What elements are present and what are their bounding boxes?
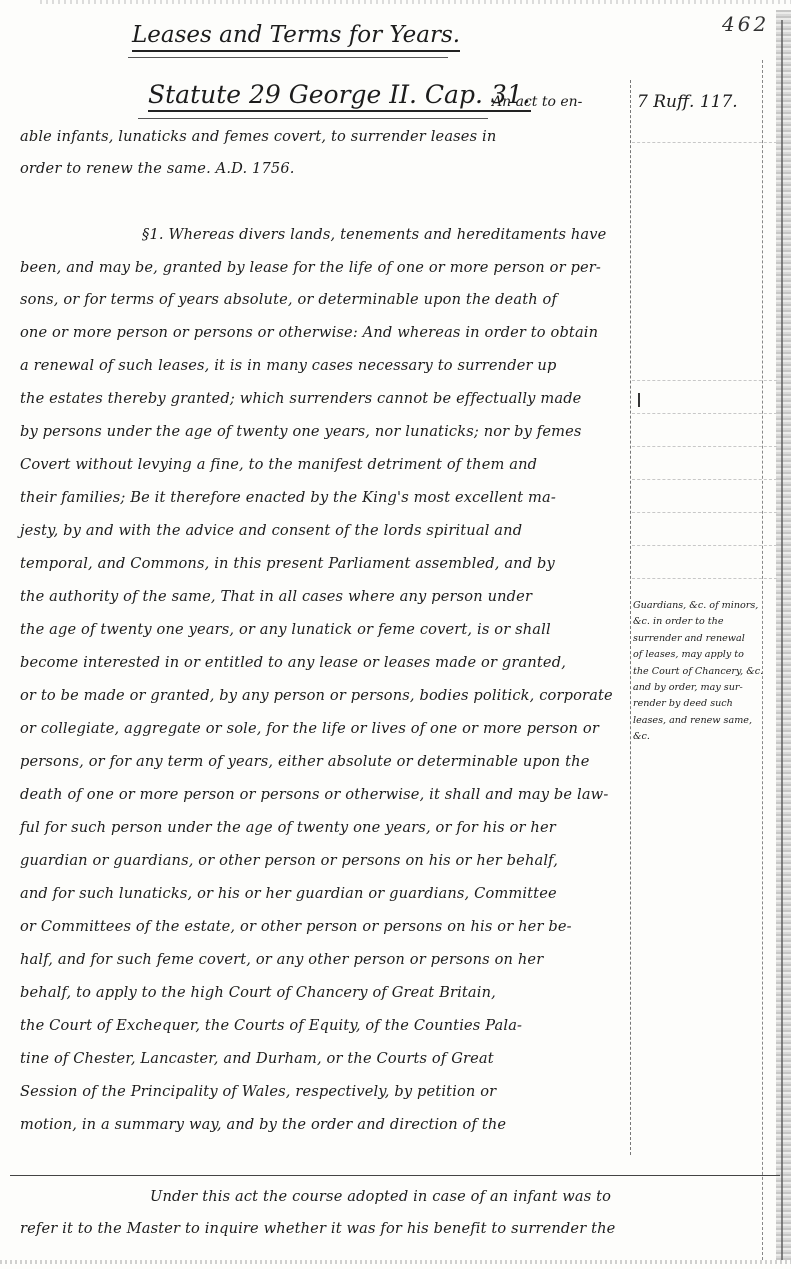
section-line: motion, in a summary way, and by the ord… [20, 1116, 506, 1133]
section-line: and for such lunaticks, or his or her gu… [20, 885, 557, 902]
top-edge-shadow [40, 0, 791, 4]
commentary-line: refer it to the Master to inquire whethe… [20, 1220, 615, 1237]
section-line: or Committees of the estate, or other pe… [20, 918, 572, 935]
margin-ruling-line [632, 446, 777, 447]
section-line: sons, or for terms of years absolute, or… [20, 291, 557, 308]
margin-rule [630, 80, 631, 1155]
margin-ruling-line [632, 142, 777, 143]
section-line: become interested in or entitled to any … [20, 654, 566, 671]
section-line: behalf, to apply to the high Court of Ch… [20, 984, 496, 1001]
commentary-line: Under this act the course adopted in cas… [150, 1188, 611, 1205]
section-line: or collegiate, aggregate or sole, for th… [20, 720, 599, 737]
section-line: guardian or guardians, or other person o… [20, 852, 558, 869]
margin-ruling-line [632, 545, 777, 546]
statute-title-continuation: An act to en- [492, 94, 582, 110]
heading-double-underline [128, 57, 448, 58]
margin-tick-mark [638, 393, 640, 407]
margin-note-line: &c. in order to the [633, 614, 761, 630]
intro-line: order to renew the same. A.D. 1756. [20, 160, 295, 177]
section-line: the age of twenty one years, or any luna… [20, 621, 551, 638]
manuscript-page: 462 Leases and Terms for Years. Statute … [0, 0, 791, 1269]
section-line: ful for such person under the age of twe… [20, 819, 556, 836]
margin-note-line: and by order, may sur- [633, 680, 761, 696]
section-line: been, and may be, granted by lease for t… [20, 259, 601, 276]
margin-note-line: &c. [633, 729, 761, 745]
statute-double-underline [138, 118, 488, 119]
bottom-edge-shadow [0, 1260, 791, 1264]
margin-note-line: Guardians, &c. of minors, [633, 598, 761, 614]
section-line: by persons under the age of twenty one y… [20, 423, 582, 440]
section-line: a renewal of such leases, it is in many … [20, 357, 556, 374]
margin-ruling-line [632, 380, 777, 381]
margin-ruling-line [632, 479, 777, 480]
section-line: half, and for such feme covert, or any o… [20, 951, 543, 968]
margin-note-line: surrender and renewal [633, 631, 761, 647]
margin-ruling-line [632, 413, 777, 414]
section-line: jesty, by and with the advice and consen… [20, 522, 522, 539]
margin-note-line: of leases, may apply to [633, 647, 761, 663]
section-line: the authority of the same, That in all c… [20, 588, 532, 605]
right-rule [762, 60, 763, 1260]
section-line: temporal, and Commons, in this present P… [20, 555, 555, 572]
margin-note-line: leases, and renew same, [633, 713, 761, 729]
section-line: Covert without levying a fine, to the ma… [20, 456, 537, 473]
margin-ruling-line [632, 578, 777, 579]
margin-note: Guardians, &c. of minors, &c. in order t… [633, 598, 761, 746]
section-line: the estates thereby granted; which surre… [20, 390, 581, 407]
page-number: 462 [722, 12, 769, 36]
section-line: the Court of Exchequer, the Courts of Eq… [20, 1017, 522, 1034]
margin-reference: 7 Ruff. 117. [637, 92, 738, 112]
intro-line: able infants, lunaticks and femes covert… [20, 128, 496, 145]
section-line: §1. Whereas divers lands, tenements and … [142, 226, 606, 243]
margin-note-line: render by deed such [633, 696, 761, 712]
right-edge-line [781, 20, 783, 1260]
section-line: death of one or more person or persons o… [20, 786, 608, 803]
section-divider [10, 1175, 780, 1176]
statute-title: Statute 29 George II. Cap. 31. [148, 80, 531, 112]
right-edge-shadow [776, 10, 791, 1260]
margin-note-line: the Court of Chancery, &c. [633, 664, 761, 680]
section-line: persons, or for any term of years, eithe… [20, 753, 590, 770]
section-line: their families; Be it therefore enacted … [20, 489, 556, 506]
section-line: one or more person or persons or otherwi… [20, 324, 598, 341]
margin-ruling-line [632, 512, 777, 513]
section-line: Session of the Principality of Wales, re… [20, 1083, 496, 1100]
page-heading: Leases and Terms for Years. [132, 22, 460, 52]
section-line: tine of Chester, Lancaster, and Durham, … [20, 1050, 494, 1067]
section-line: or to be made or granted, by any person … [20, 687, 613, 704]
